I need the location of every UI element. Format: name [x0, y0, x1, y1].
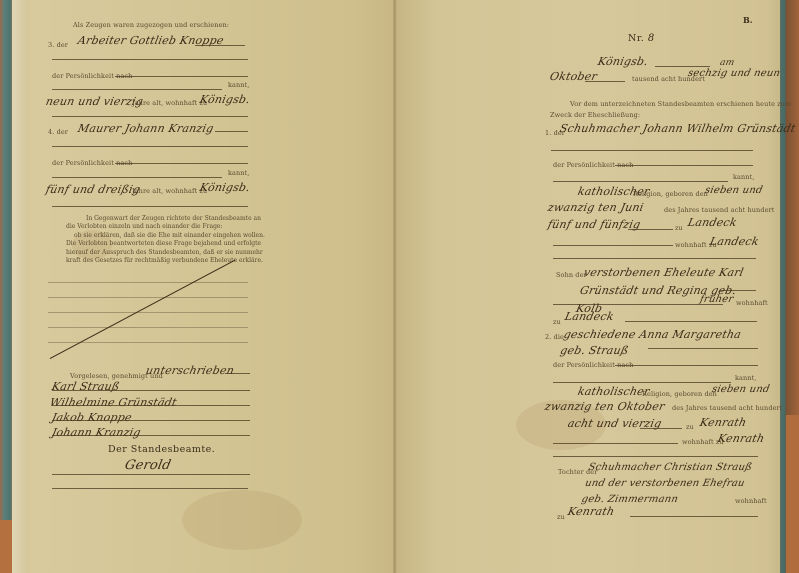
party-2-parents-residence-label: wohnhaft: [735, 497, 767, 505]
read-approved-hw: unterschrieben: [145, 364, 236, 377]
witness-3-number: 3. der: [48, 41, 68, 49]
date-year: sechzig und neun: [687, 68, 781, 79]
date-place: Königsb.: [597, 55, 650, 68]
party-2-name: geschiedene Anna Margaretha geb. Strauß: [559, 327, 756, 359]
party-2-birth-day: sieben und: [711, 384, 771, 395]
party-1-birth-day: sieben und: [704, 185, 764, 196]
book-gutter: [393, 0, 397, 573]
witness-4-name: Maurer Johann Kranzig: [77, 122, 215, 135]
declaration-line: hierauf der Ausspruch des Standesbeamten…: [66, 249, 346, 257]
page-letter: B.: [743, 15, 753, 25]
party-2-religion-label: Religion, geboren den: [642, 390, 717, 398]
party-2-birth-day-2: zwanzig ten Oktober: [544, 400, 666, 413]
party-2-residence: Kenrath: [717, 432, 766, 445]
party-1-parents-residence-label: wohnhaft: [736, 299, 768, 307]
witness-3-known-label: kannt,: [228, 81, 249, 89]
party-1-parents-residence: früher: [699, 294, 735, 305]
party-2-birthplace-label: zu: [686, 423, 694, 431]
record-number-label: Nr. 8: [628, 33, 654, 44]
date-suffix: am: [719, 58, 735, 68]
party-1-birth-year-label: des Jahres tausend acht hundert: [664, 206, 774, 214]
officer-signature: Gerold: [123, 458, 172, 473]
left-page-edge: [12, 0, 28, 573]
party-1-parents-place: Landeck: [564, 310, 615, 323]
witness-4-known-label: kannt,: [228, 169, 249, 177]
declaration-line: kraft des Gesetzes für rechtmäßig verbun…: [66, 257, 346, 265]
witness-3-residence: Königsb.: [199, 93, 252, 106]
party-2-parents-place-label: zu: [557, 513, 565, 521]
declaration-line: Die Verlobten beantworteten diese Frage …: [66, 240, 346, 248]
party-2-number: 2. die: [545, 333, 564, 341]
witness-3-age: neun und vierzig: [45, 95, 145, 108]
appearance-text: Vor dem unterzeichneten Standesbeamten e…: [570, 100, 791, 108]
party-1-name: Schuhmacher Johann Wilhelm Grünstädt: [559, 122, 797, 135]
party-1-known-label: kannt,: [733, 173, 754, 181]
party-2-known-label: kannt,: [735, 374, 756, 382]
party-1-birthplace: Landeck: [687, 216, 738, 229]
party-1-residence: Landeck: [709, 235, 760, 248]
party-1-birthplace-label: zu: [675, 224, 683, 232]
party-1-parents-place-label: zu: [553, 318, 561, 326]
declaration-paragraph: In Gegenwart der Zeugen richtete der Sta…: [66, 215, 346, 265]
signature: Jakob Knoppe: [51, 411, 133, 424]
signature: Johann Kranzig: [51, 426, 142, 439]
declaration-line: die Verlobten einzeln und nach einander …: [66, 223, 346, 231]
party-2-birthplace: Kenrath: [699, 416, 748, 429]
record-number: 8: [648, 33, 655, 44]
party-1-birth-day-2: zwanzig ten Juni: [547, 201, 645, 214]
party-2-birth-year-label: des Jahres tausend acht hundert: [672, 404, 782, 412]
witness-4-age-label: Jahre alt, wohnhaft zu: [132, 187, 207, 195]
record-number-prefix: Nr.: [628, 33, 644, 44]
witness-4-residence: Königsb.: [199, 181, 252, 194]
witness-intro: Als Zeugen waren zugezogen und erschiene…: [73, 21, 229, 29]
witness-3-age-label: Jahre alt, wohnhaft zu: [132, 99, 207, 107]
witness-4-number: 4. der: [48, 128, 68, 136]
signature: Wilhelmine Grünstädt: [49, 396, 178, 409]
witness-4-age: fünf und dreißig: [45, 183, 142, 196]
declaration-line: ob sie erklären, daß sie die Ehe mit ein…: [66, 232, 346, 240]
party-1-religion-label: Religion, geboren den: [633, 190, 708, 198]
officer-title: Der Standesbeamte.: [108, 444, 215, 455]
book-cover-right-corner: [786, 415, 799, 573]
party-2-parents-place: Kenrath: [567, 505, 616, 518]
appearance-text-2: Zweck der Eheschließung:: [550, 111, 640, 119]
signature: Karl Strauß: [51, 380, 121, 393]
declaration-line: In Gegenwart der Zeugen richtete der Sta…: [66, 215, 346, 223]
party-2-religion: katholischer: [577, 385, 651, 398]
